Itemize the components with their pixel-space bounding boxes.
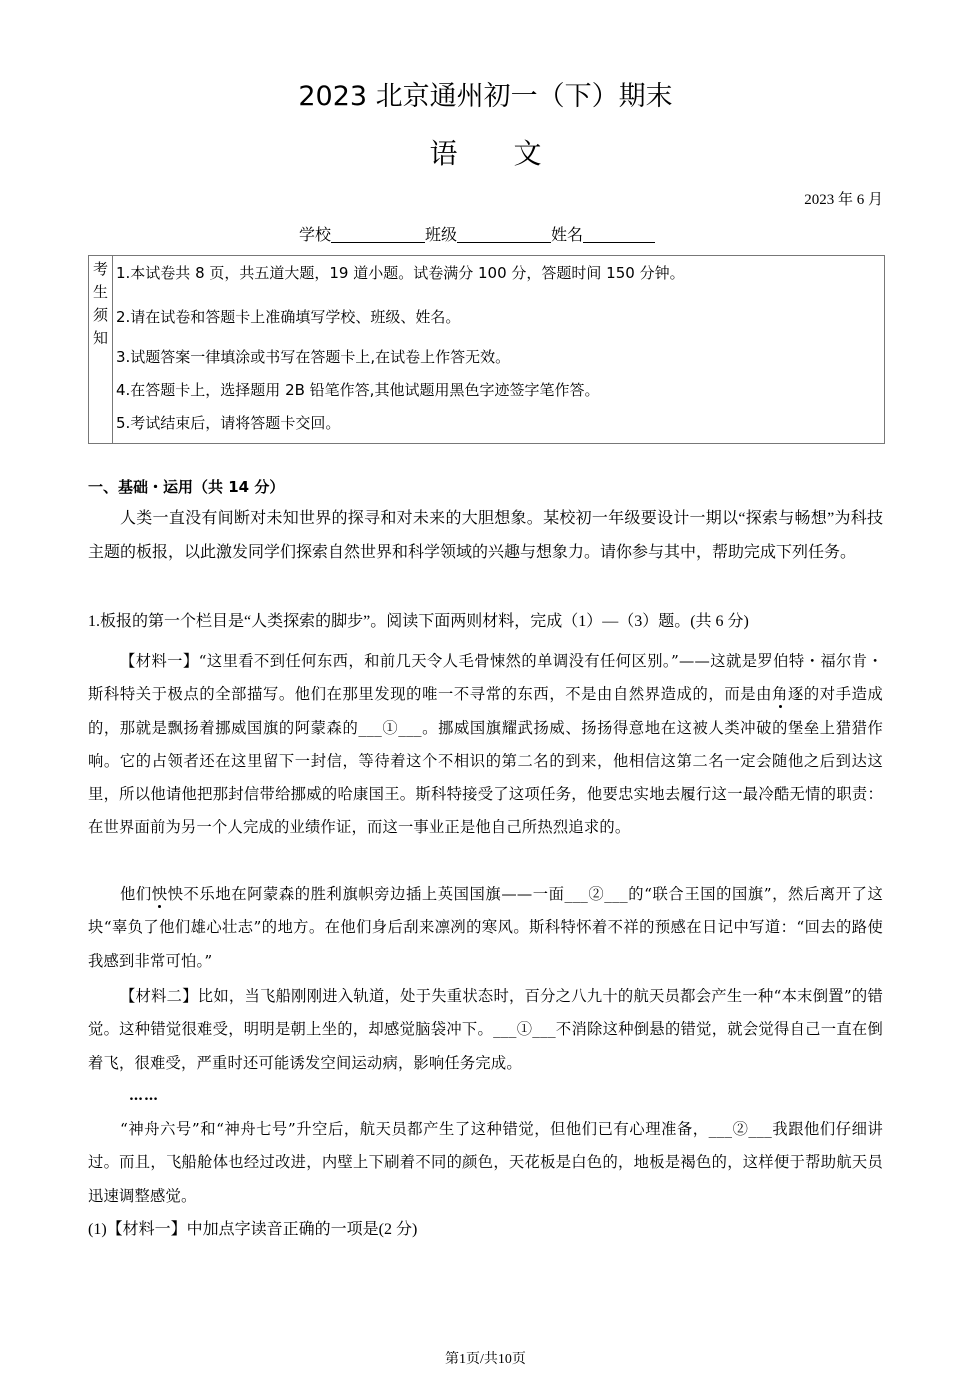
- school-label: 学校: [299, 227, 331, 244]
- subject-char: 文: [514, 132, 542, 172]
- notice-label-char: 生: [89, 281, 112, 304]
- notice-label: 考 生 须 知: [89, 256, 113, 443]
- notice-label-char: 须: [89, 304, 112, 327]
- material-2-paragraph-2: “神舟六号”和“神舟七号”升空后，航天员都产生了这种错觉，但他们已有心理准备，_…: [88, 1113, 883, 1213]
- exam-date: 2023 年 6 月: [804, 188, 883, 209]
- text-run: 怏不乐地在阿蒙森的胜利旗帜旁边插上英国国旗——一面___②___的“联合王国的国…: [88, 885, 883, 970]
- material-1-paragraph-2: 他们怏怏不乐地在阿蒙森的胜利旗帜旁边插上英国国旗——一面___②___的“联合王…: [88, 878, 883, 978]
- notice-item: 2.请在试卷和答题卡上准确填写学校、班级、姓名。: [116, 306, 460, 327]
- text-run: 他们: [120, 885, 152, 903]
- page-title: 2023 北京通州初一（下）期末: [0, 74, 971, 113]
- exam-notice-box: 考 生 须 知 1.本试卷共 8 页，共五道大题，19 道小题。试卷满分 100…: [88, 255, 885, 444]
- text-run: 【材料一】“这里看不到任何东西，和前几天令人毛骨悚然的单调没有任何区别。”——这…: [88, 652, 883, 703]
- dotted-char: 怏: [152, 885, 168, 903]
- page-number: 第1页/共10页: [0, 1348, 971, 1368]
- dotted-char: 角: [772, 685, 788, 703]
- notice-item: 5.考试结束后，请将答题卡交回。: [116, 412, 340, 433]
- material-2-paragraph-1: 【材料二】比如，当飞船刚刚进入轨道，处于失重状态时，百分之八九十的航天员都会产生…: [88, 980, 883, 1080]
- class-blank[interactable]: [457, 226, 551, 243]
- notice-item: 4.在答题卡上，选择题用 2B 铅笔作答,其他试题用黑色字迹签字笔作答。: [116, 379, 599, 400]
- notice-item: 1.本试卷共 8 页，共五道大题，19 道小题。试卷满分 100 分，答题时间 …: [116, 262, 685, 283]
- school-blank[interactable]: [331, 226, 425, 243]
- question-1: 1.板报的第一个栏目是“人类探索的脚步”。阅读下面两则材料，完成（1）—（3）题…: [88, 605, 883, 639]
- class-label: 班级: [425, 227, 457, 244]
- name-blank[interactable]: [583, 226, 655, 243]
- section-intro: 人类一直没有间断对未知世界的探寻和对未来的大胆想象。某校初一年级要设计一期以“探…: [88, 502, 883, 569]
- notice-label-char: 考: [89, 258, 112, 281]
- section-heading: 一、基础・运用（共 14 分）: [88, 476, 284, 497]
- subject-char: 语: [429, 132, 457, 172]
- subject-title: 语文: [0, 132, 971, 172]
- name-label: 姓名: [551, 227, 583, 244]
- ellipsis: ……: [129, 1088, 159, 1104]
- material-1-paragraph-1: 【材料一】“这里看不到任何东西，和前几天令人毛骨悚然的单调没有任何区别。”——这…: [88, 645, 883, 845]
- text-run: 逐的对手造成的，那就是飘扬着挪威国旗的阿蒙森的___①___。挪威国旗耀武扬威、…: [88, 685, 883, 836]
- notice-label-char: 知: [89, 327, 112, 350]
- sub-question-1: (1)【材料一】中加点字读音正确的一项是(2 分): [88, 1213, 883, 1247]
- notice-item: 3.试题答案一律填涂或书写在答题卡上,在试卷上作答无效。: [116, 346, 510, 367]
- student-info-fields: 学校班级姓名: [299, 222, 655, 245]
